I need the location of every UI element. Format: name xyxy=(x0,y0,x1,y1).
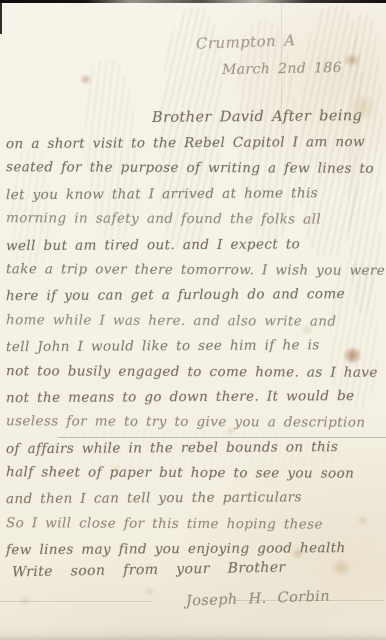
stain-spot xyxy=(300,325,314,335)
letter-line: well but am tired out. and I expect to xyxy=(6,231,386,259)
letter-line: morning in safety and found the folks al… xyxy=(6,206,386,233)
stain-spot xyxy=(291,548,304,559)
stain-spot xyxy=(352,92,376,122)
letter-scan: Crumpton A March 2nd 186 Brother David A… xyxy=(0,0,386,640)
letter-line: useless for me to try to give you a desc… xyxy=(6,409,386,436)
scan-edge-left xyxy=(0,0,2,34)
heading-date: March 2nd 186 xyxy=(222,60,342,78)
letter-line: half sheet of paper but hope to see you … xyxy=(6,460,386,487)
letter-line: not too busily engaged to come home. as … xyxy=(6,359,386,386)
stain-spot xyxy=(226,427,236,435)
letter-line: on a short visit to the Rebel Capitol I … xyxy=(6,130,386,158)
letter-line: take a trip over there tomorrow. I wish … xyxy=(6,257,386,284)
letter-line: So I will close for this time hoping the… xyxy=(6,511,386,538)
letter-line: let you know that I arrived at home this xyxy=(6,181,386,209)
stain-spot xyxy=(344,348,361,363)
signature: Joseph H. Corbin xyxy=(186,588,331,609)
stain-spot xyxy=(111,465,121,474)
stain-spot xyxy=(18,596,33,606)
scan-edge-bottom xyxy=(0,626,386,640)
letter-line: home while I was here. and also write an… xyxy=(6,308,386,335)
letter-line: seated for the purpose of writing a few … xyxy=(6,156,386,183)
heading-place: Crumpton A xyxy=(196,31,296,52)
letter-line: and then I can tell you the particulars xyxy=(6,485,386,513)
letter-line: few lines may find you enjoying good hea… xyxy=(6,536,386,564)
letter-line: here if you can get a furlough do and co… xyxy=(6,282,386,310)
scan-edge-top xyxy=(0,0,386,3)
salutation: Brother David After being xyxy=(152,108,362,126)
letter-line: not the means to go down there. It would… xyxy=(6,384,386,412)
closing-line: Write soon from your Brother xyxy=(12,560,286,581)
letter-line: tell John I would like to see him if he … xyxy=(6,333,386,361)
letter-line: of affairs while in the rebel bounds on … xyxy=(6,435,386,463)
stain-spot xyxy=(144,587,155,595)
stain-spot xyxy=(357,516,368,525)
stain-spot xyxy=(330,560,352,575)
letter-body: on a short visit to the Rebel Capitol I … xyxy=(6,131,386,563)
stain-spot xyxy=(79,75,92,84)
